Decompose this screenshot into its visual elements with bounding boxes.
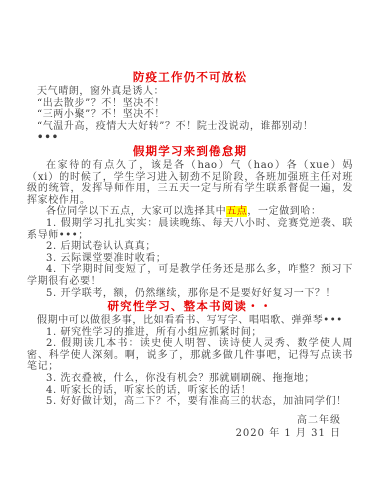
section1-line-temperature: “气温升高，疫情大大好转”？不！院士没说动，谁都别动！	[27, 121, 353, 133]
section3-item-2: 2. 假期读几本书：读史使人明智、读诗使人灵秀、数学使人周密、科学使人深刻。啊，…	[27, 338, 353, 373]
section1-line-gather: “三两小聚”？不！坚决不！	[27, 109, 353, 121]
section2-item-2: 2. 后期试卷认认真真；	[27, 241, 353, 253]
section3-item-4: 4. 听家长的话，听家长的话，听家长的话！	[27, 385, 353, 397]
ellipsis-line: •••	[27, 132, 353, 144]
section3-item-1: 1. 研究性学习的推进，所有小组应抓紧时间；	[27, 327, 353, 339]
section2-item-4: 4. 下学期时间变短了，可是教学任务还是那么多，咋整？预习下学期很有必要！	[27, 264, 353, 287]
section1-line-walk: “出去散步”？不！坚决不！	[27, 98, 353, 110]
intro-suffix: ，一定做到哈：	[247, 206, 321, 217]
section1-heading: 防疫工作仍不可放松	[27, 71, 353, 84]
section2-heading: 假期学习来到倦怠期	[27, 145, 353, 158]
section2-item-5: 5. 开学联考，额，仍然继续，那你是不是要好好复习一下？！	[27, 288, 353, 300]
section2-intro-line: 各位同学以下五点，大家可以选择其中五点，一定做到哈：	[27, 206, 353, 218]
section2-item-3: 3. 云际课堂要准时收看；	[27, 253, 353, 265]
signature-date: 2020 年 1 月 31 日	[27, 427, 341, 441]
signature-block: 高二年级 2020 年 1 月 31 日	[27, 414, 353, 441]
section2-item-1: 1. 假期学习扎扎实实：晨读晚练、每天八小时、竞赛党逆袭、联系导师•••；	[27, 218, 353, 241]
intro-prefix: 各位同学以下五点，大家可以选择其中	[46, 206, 226, 217]
section2-paragraph: 在家待的有点久了，该是各（hao）气（hao）各（xue）妈（xi）的时候了，学…	[27, 160, 353, 206]
highlighted-wudian: 五点	[226, 206, 247, 217]
section3-item-3: 3. 洗衣叠被，什么，你没有机会？那就刷刷碗、拖拖地；	[27, 373, 353, 385]
section3-paragraph: 假期中可以做很多事，比如看看书、写写字、唱唱歌、弹弹琴•••	[27, 315, 353, 327]
signature-author: 高二年级	[27, 414, 341, 428]
section1-line-weather: 天气晴朗，窗外真是诱人：	[27, 86, 353, 98]
section3-heading: 研究性学习、整本书阅读・・	[27, 300, 353, 313]
document-content: 防疫工作仍不可放松 天气晴朗，窗外真是诱人： “出去散步”？不！坚决不！ “三两…	[27, 70, 353, 441]
document-page: 防疫工作仍不可放松 天气晴朗，窗外真是诱人： “出去散步”？不！坚决不！ “三两…	[0, 0, 375, 500]
section3-item-5: 5. 好好做计划，高二下？不，要有准高三的状态，加油同学们！	[27, 396, 353, 408]
